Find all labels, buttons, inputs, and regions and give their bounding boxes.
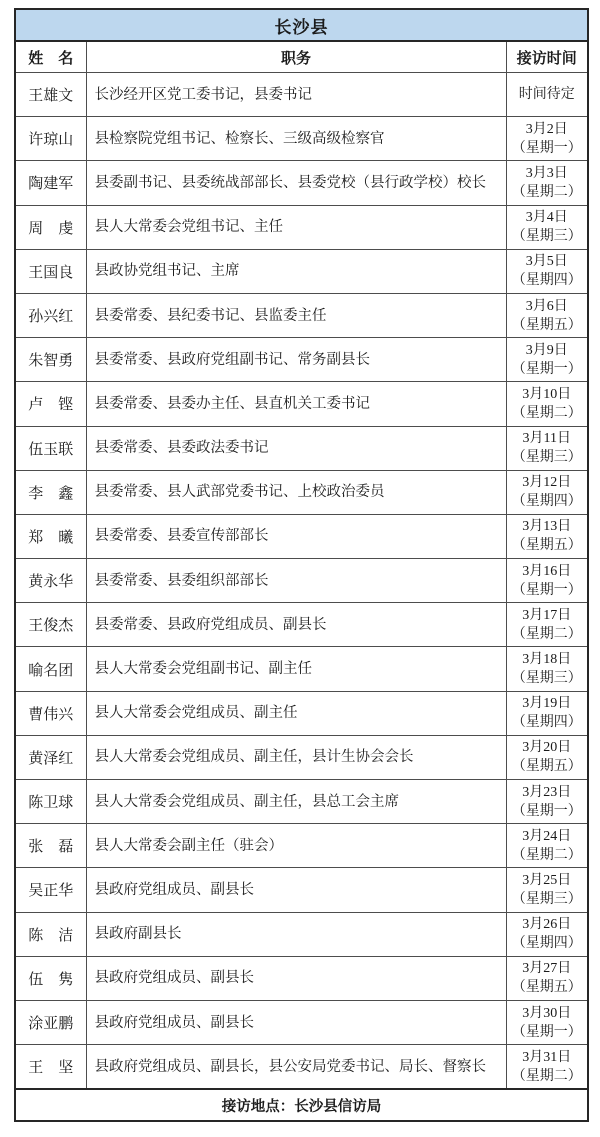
official-position: 县委常委、县纪委书记、县监委主任 xyxy=(86,293,506,337)
official-name: 陶建军 xyxy=(15,161,86,205)
official-name: 周 虔 xyxy=(15,205,86,249)
col-header-position: 职务 xyxy=(86,41,506,73)
visit-date: 3月10日 xyxy=(508,385,587,404)
visit-weekday: （星期三） xyxy=(508,890,587,909)
table-row: 陶建军 县委副书记、县委统战部部长、县委党校（县行政学校）校长 3月3日 （星期… xyxy=(15,161,588,205)
table-row: 朱智勇 县委常委、县政府党组副书记、常务副县长 3月9日 （星期一） xyxy=(15,338,588,382)
table-row: 涂亚鹏 县政府党组成员、副县长 3月30日 （星期一） xyxy=(15,1000,588,1044)
visit-weekday: （星期三） xyxy=(508,227,587,246)
visit-date: 3月25日 xyxy=(508,871,587,890)
visit-time: 3月25日 （星期三） xyxy=(506,868,588,912)
official-name: 涂亚鹏 xyxy=(15,1000,86,1044)
official-position: 县人大常委会副主任（驻会） xyxy=(86,824,506,868)
visit-time: 3月4日 （星期三） xyxy=(506,205,588,249)
visit-weekday: （星期二） xyxy=(508,183,587,202)
table-row: 曹伟兴 县人大常委会党组成员、副主任 3月19日 （星期四） xyxy=(15,691,588,735)
table-row: 孙兴红 县委常委、县纪委书记、县监委主任 3月6日 （星期五） xyxy=(15,293,588,337)
visit-time: 3月31日 （星期二） xyxy=(506,1045,588,1089)
visit-weekday: （星期四） xyxy=(508,934,587,953)
table-row: 王俊杰 县委常委、县政府党组成员、副县长 3月17日 （星期二） xyxy=(15,603,588,647)
visit-weekday: （星期三） xyxy=(508,669,587,688)
visit-time: 3月2日 （星期一） xyxy=(506,117,588,161)
official-position: 县政协党组书记、主席 xyxy=(86,249,506,293)
table-row: 喻名团 县人大常委会党组副书记、副主任 3月18日 （星期三） xyxy=(15,647,588,691)
table-row: 许琼山 县检察院党组书记、检察长、三级高级检察官 3月2日 （星期一） xyxy=(15,117,588,161)
official-name: 曹伟兴 xyxy=(15,691,86,735)
visit-date: 3月4日 xyxy=(508,208,587,227)
official-position: 县委常委、县政府党组副书记、常务副县长 xyxy=(86,338,506,382)
visit-time: 3月30日 （星期一） xyxy=(506,1000,588,1044)
official-position: 县委常委、县委办主任、县直机关工委书记 xyxy=(86,382,506,426)
visit-date: 3月12日 xyxy=(508,473,587,492)
visit-date: 3月18日 xyxy=(508,650,587,669)
visit-date: 3月11日 xyxy=(508,429,587,448)
visit-weekday: （星期一） xyxy=(508,360,587,379)
visit-date: 3月17日 xyxy=(508,606,587,625)
visit-time: 3月6日 （星期五） xyxy=(506,293,588,337)
visit-time: 3月10日 （星期二） xyxy=(506,382,588,426)
visit-weekday: （星期五） xyxy=(508,978,587,997)
visit-time: 3月11日 （星期三） xyxy=(506,426,588,470)
visit-date: 3月5日 xyxy=(508,252,587,271)
table-row: 张 磊 县人大常委会副主任（驻会） 3月24日 （星期二） xyxy=(15,824,588,868)
visit-date: 3月2日 xyxy=(508,120,587,139)
official-name: 伍玉联 xyxy=(15,426,86,470)
visit-time: 3月23日 （星期一） xyxy=(506,780,588,824)
visit-time: 3月27日 （星期五） xyxy=(506,956,588,1000)
official-name: 许琼山 xyxy=(15,117,86,161)
visit-time: 3月5日 （星期四） xyxy=(506,249,588,293)
official-name: 吴正华 xyxy=(15,868,86,912)
visit-date: 3月6日 xyxy=(508,297,587,316)
table-row: 李 鑫 县委常委、县人武部党委书记、上校政治委员 3月12日 （星期四） xyxy=(15,470,588,514)
visit-time: 3月24日 （星期二） xyxy=(506,824,588,868)
official-position: 县委常委、县委组织部部长 xyxy=(86,559,506,603)
official-name: 卢 铿 xyxy=(15,382,86,426)
table-head: 长沙县 姓 名 职务 接访时间 xyxy=(15,9,588,73)
table-row: 伍玉联 县委常委、县委政法委书记 3月11日 （星期三） xyxy=(15,426,588,470)
table-row: 郑 曦 县委常委、县委宣传部部长 3月13日 （星期五） xyxy=(15,514,588,558)
official-name: 伍 隽 xyxy=(15,956,86,1000)
visit-date: 3月13日 xyxy=(508,517,587,536)
visit-weekday: （星期二） xyxy=(508,846,587,865)
official-name: 王国良 xyxy=(15,249,86,293)
visit-date: 3月23日 xyxy=(508,783,587,802)
official-position: 县政府党组成员、副县长 xyxy=(86,1000,506,1044)
visit-weekday: （星期一） xyxy=(508,802,587,821)
official-position: 县人大常委会党组成员、副主任 xyxy=(86,691,506,735)
visit-weekday: （星期三） xyxy=(508,448,587,467)
table-row: 黄泽红 县人大常委会党组成员、副主任，县计生协会会长 3月20日 （星期五） xyxy=(15,735,588,779)
visit-weekday: （星期五） xyxy=(508,316,587,335)
visit-weekday: （星期二） xyxy=(508,404,587,423)
visit-date: 3月16日 xyxy=(508,562,587,581)
table-row: 伍 隽 县政府党组成员、副县长 3月27日 （星期五） xyxy=(15,956,588,1000)
official-name: 陈卫球 xyxy=(15,780,86,824)
visit-time: 3月9日 （星期一） xyxy=(506,338,588,382)
official-name: 王 坚 xyxy=(15,1045,86,1089)
official-name: 王雄文 xyxy=(15,73,86,117)
visit-time: 3月20日 （星期五） xyxy=(506,735,588,779)
table-row: 陈卫球 县人大常委会党组成员、副主任，县总工会主席 3月23日 （星期一） xyxy=(15,780,588,824)
table-row: 王雄文 长沙经开区党工委书记，县委书记 时间待定 xyxy=(15,73,588,117)
visit-time: 3月3日 （星期二） xyxy=(506,161,588,205)
official-name: 喻名团 xyxy=(15,647,86,691)
visit-weekday: （星期五） xyxy=(508,536,587,555)
official-position: 县政府副县长 xyxy=(86,912,506,956)
visit-time: 3月19日 （星期四） xyxy=(506,691,588,735)
visit-time: 3月26日 （星期四） xyxy=(506,912,588,956)
visit-date: 3月26日 xyxy=(508,915,587,934)
visit-weekday: （星期一） xyxy=(508,139,587,158)
official-name: 李 鑫 xyxy=(15,470,86,514)
table-row: 卢 铿 县委常委、县委办主任、县直机关工委书记 3月10日 （星期二） xyxy=(15,382,588,426)
visit-weekday: （星期四） xyxy=(508,713,587,732)
table-row: 黄永华 县委常委、县委组织部部长 3月16日 （星期一） xyxy=(15,559,588,603)
visit-date: 3月24日 xyxy=(508,827,587,846)
official-position: 县人大常委会党组书记、主任 xyxy=(86,205,506,249)
official-name: 王俊杰 xyxy=(15,603,86,647)
table-foot: 接访地点：长沙县信访局 xyxy=(15,1089,588,1121)
page: 长沙县 姓 名 职务 接访时间 王雄文 长沙经开区党工委书记，县委书记 时间待定… xyxy=(0,0,600,1137)
visit-time: 3月17日 （星期二） xyxy=(506,603,588,647)
official-position: 县人大常委会党组成员、副主任，县总工会主席 xyxy=(86,780,506,824)
visit-weekday: （星期二） xyxy=(508,1067,587,1086)
visit-date: 3月31日 xyxy=(508,1048,587,1067)
official-position: 县委副书记、县委统战部部长、县委党校（县行政学校）校长 xyxy=(86,161,506,205)
table-row: 王 坚 县政府党组成员、副县长，县公安局党委书记、局长、督察长 3月31日 （星… xyxy=(15,1045,588,1089)
visit-date: 3月9日 xyxy=(508,341,587,360)
visit-time: 时间待定 xyxy=(506,73,588,117)
official-position: 县人大常委会党组成员、副主任，县计生协会会长 xyxy=(86,735,506,779)
footer-row: 接访地点：长沙县信访局 xyxy=(15,1089,588,1121)
official-position: 县检察院党组书记、检察长、三级高级检察官 xyxy=(86,117,506,161)
visit-date: 3月3日 xyxy=(508,164,587,183)
visit-time: 3月18日 （星期三） xyxy=(506,647,588,691)
official-position: 长沙经开区党工委书记，县委书记 xyxy=(86,73,506,117)
official-name: 朱智勇 xyxy=(15,338,86,382)
col-header-name: 姓 名 xyxy=(15,41,86,73)
official-name: 孙兴红 xyxy=(15,293,86,337)
official-position: 县政府党组成员、副县长，县公安局党委书记、局长、督察长 xyxy=(86,1045,506,1089)
official-position: 县委常委、县人武部党委书记、上校政治委员 xyxy=(86,470,506,514)
visit-date: 3月27日 xyxy=(508,959,587,978)
visit-weekday: （星期四） xyxy=(508,492,587,511)
official-position: 县政府党组成员、副县长 xyxy=(86,868,506,912)
visit-date: 时间待定 xyxy=(508,85,587,104)
visit-weekday: （星期四） xyxy=(508,271,587,290)
visit-weekday: （星期一） xyxy=(508,581,587,600)
visit-location: 接访地点：长沙县信访局 xyxy=(15,1089,588,1121)
visit-date: 3月30日 xyxy=(508,1004,587,1023)
col-header-time: 接访时间 xyxy=(506,41,588,73)
table-body: 王雄文 长沙经开区党工委书记，县委书记 时间待定 许琼山 县检察院党组书记、检察… xyxy=(15,73,588,1090)
official-position: 县委常委、县委政法委书记 xyxy=(86,426,506,470)
visit-date: 3月20日 xyxy=(508,738,587,757)
official-name: 陈 洁 xyxy=(15,912,86,956)
official-name: 张 磊 xyxy=(15,824,86,868)
county-title: 长沙县 xyxy=(15,9,588,41)
official-name: 黄泽红 xyxy=(15,735,86,779)
visit-weekday: （星期五） xyxy=(508,757,587,776)
visit-time: 3月12日 （星期四） xyxy=(506,470,588,514)
official-position: 县委常委、县政府党组成员、副县长 xyxy=(86,603,506,647)
table-row: 周 虔 县人大常委会党组书记、主任 3月4日 （星期三） xyxy=(15,205,588,249)
visit-weekday: （星期一） xyxy=(508,1023,587,1042)
visit-time: 3月16日 （星期一） xyxy=(506,559,588,603)
title-row: 长沙县 xyxy=(15,9,588,41)
official-position: 县人大常委会党组副书记、副主任 xyxy=(86,647,506,691)
visit-date: 3月19日 xyxy=(508,694,587,713)
official-position: 县委常委、县委宣传部部长 xyxy=(86,514,506,558)
visit-weekday: （星期二） xyxy=(508,625,587,644)
official-position: 县政府党组成员、副县长 xyxy=(86,956,506,1000)
visit-time: 3月13日 （星期五） xyxy=(506,514,588,558)
table-row: 吴正华 县政府党组成员、副县长 3月25日 （星期三） xyxy=(15,868,588,912)
official-name: 黄永华 xyxy=(15,559,86,603)
column-header-row: 姓 名 职务 接访时间 xyxy=(15,41,588,73)
official-name: 郑 曦 xyxy=(15,514,86,558)
reception-schedule-table: 长沙县 姓 名 职务 接访时间 王雄文 长沙经开区党工委书记，县委书记 时间待定… xyxy=(14,8,589,1122)
table-row: 王国良 县政协党组书记、主席 3月5日 （星期四） xyxy=(15,249,588,293)
table-row: 陈 洁 县政府副县长 3月26日 （星期四） xyxy=(15,912,588,956)
